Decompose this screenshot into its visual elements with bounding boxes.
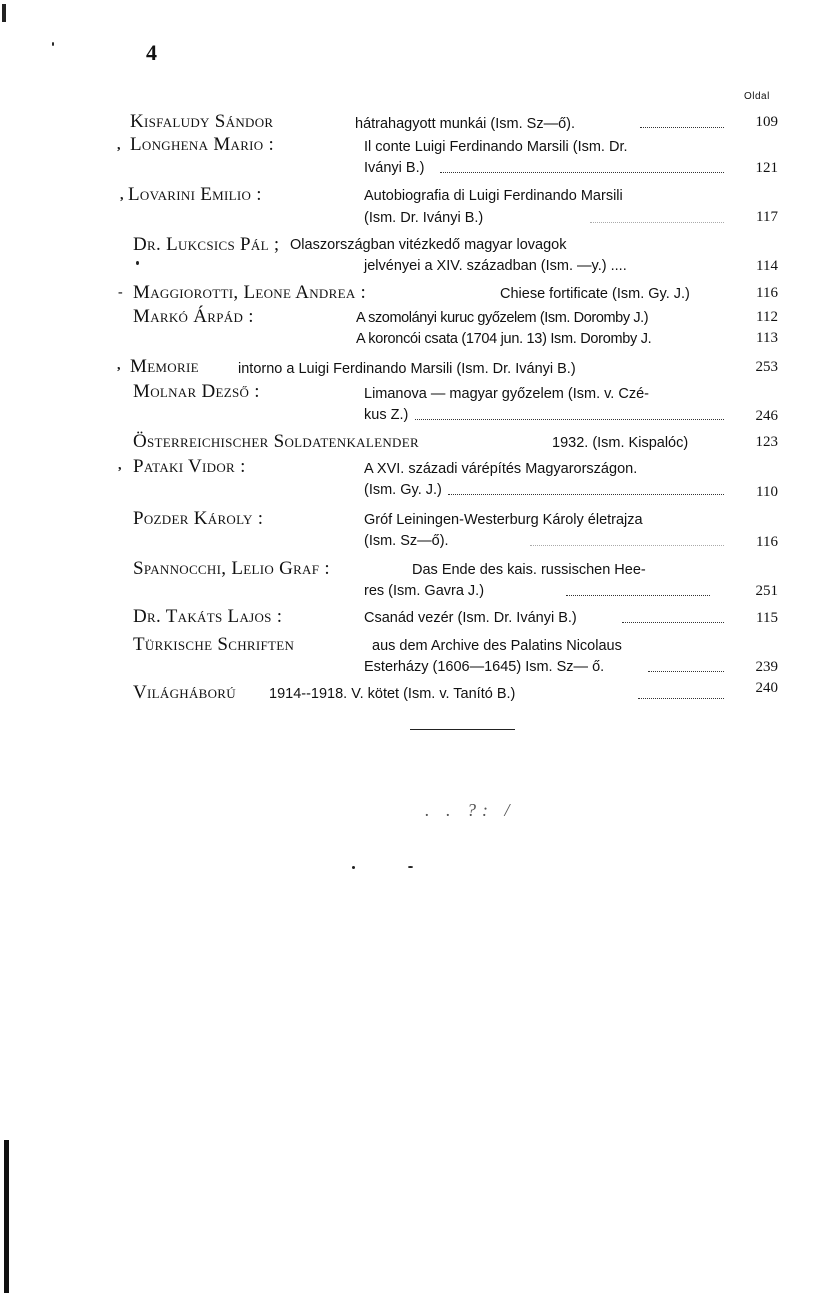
entry-author: Longhena Mario : [130,134,274,156]
entry-title-cont: (Ism. Sz—ő). [364,533,449,549]
entry-page: 251 [748,583,778,600]
entry-page: 116 [748,534,778,551]
entry-page: 113 [748,330,778,347]
entry-title-cont: (Ism. Dr. Iványi B.) [364,210,483,226]
leader-dots [415,418,724,420]
entry-page: 115 [748,610,778,627]
leader-dots [448,493,724,495]
faint-stamp: . . ?: / [425,800,516,821]
entry-author: Molnar Dezső : [133,381,260,403]
entry-title: Olaszországban vitézkedő magyar lovagok [290,237,566,253]
entry-page: 117 [748,209,778,226]
end-rule [410,729,515,730]
entry-page: 112 [748,309,778,326]
entry-page: 109 [748,114,778,131]
entry-author: Kisfaludy Sándor [130,111,273,133]
leader-dots [440,171,724,173]
entry-title: Autobiografia di Luigi Ferdinando Marsil… [364,188,623,204]
leader-dots [640,126,724,128]
entry-author: Österreichischer Soldatenkalender [133,431,419,453]
entry-title: 1932. (Ism. Kispalóc) [552,435,688,451]
entry-page: 239 [748,659,778,676]
entry-author: Maggiorotti, Leone Andrea : [133,282,366,304]
entry-author: Memorie [130,356,199,378]
entry-title: A szomolányi kuruc győzelem (Ism. Doromb… [356,310,648,326]
entry-title: A XVI. századi várépítés Magyarországon. [364,461,637,477]
scan-edge-shadow [4,1140,9,1293]
entry-author: Pozder Károly : [133,508,263,530]
leader-dots [590,221,724,223]
entry-author: Pataki Vidor : [133,456,246,478]
entry-title-cont: (Ism. Gy. J.) [364,482,442,498]
entry-page: 110 [748,484,778,501]
margin-mark: , [118,458,122,474]
leader-dots [622,621,724,623]
column-header-page: Oldal [744,91,770,102]
entry-author: Spannocchi, Lelio Graf : [133,558,330,580]
entry-title: aus dem Archive des Palatins Nicolaus [372,638,622,654]
entry-title-cont: res (Ism. Gavra J.) [364,583,484,599]
margin-mark: , [117,138,121,154]
entry-title: 1914--1918. V. kötet (Ism. v. Tanító B.) [269,686,515,702]
entry-page: 240 [748,680,778,697]
leader-dots [648,670,724,672]
margin-mark: - [118,285,123,301]
entry-title: hátrahagyott munkái (Ism. Sz—ő). [355,116,575,132]
leader-dots [638,697,724,699]
entry-title: intorno a Luigi Ferdinando Marsili (Ism.… [238,361,576,377]
entry-page: 253 [748,359,778,376]
scan-speck [136,261,139,265]
entry-title: Csanád vezér (Ism. Dr. Iványi B.) [364,610,577,626]
entry-title-cont: jelvényei a XIV. században (Ism. —y.) ..… [364,258,627,274]
entry-title-cont: kus Z.) [364,407,408,423]
page-number: 4 [146,40,157,66]
entry-title: Chiese fortificate (Ism. Gy. J.) [500,286,690,302]
entry-title-cont: Esterházy (1606—1645) Ism. Sz— ő. [364,659,604,675]
entry-page: 123 [748,434,778,451]
entry-author: Türkische Schriften [133,634,294,656]
entry-title: Das Ende des kais. russischen Hee- [412,562,646,578]
scan-speck [352,866,355,869]
entry-title: Limanova — magyar győzelem (Ism. v. Czé- [364,386,649,402]
entry-page: 246 [748,408,778,425]
entry-author: Világháború [133,682,236,704]
leader-dots [566,594,710,596]
entry-title: A koroncói csata (1704 jun. 13) Ism. Dor… [356,331,651,347]
entry-title: Gróf Leiningen-Westerburg Károly életraj… [364,512,643,528]
leader-dots [530,544,724,546]
scan-artifact [2,4,6,22]
entry-title: Il conte Luigi Ferdinando Marsili (Ism. … [364,139,628,155]
entry-page: 114 [748,258,778,275]
entry-page: 121 [748,160,778,177]
entry-title-cont: Iványi B.) [364,160,424,176]
entry-page: 116 [748,285,778,302]
scan-speck [52,42,54,46]
entry-author: Lovarini Emilio : [128,184,262,206]
margin-mark: , [120,188,124,204]
scan-speck [408,866,413,868]
entry-author: Dr. Takáts Lajos : [133,606,282,628]
entry-author: Markó Árpád : [133,306,254,328]
margin-mark: , [117,358,121,374]
entry-author: Dr. Lukcsics Pál ; [133,234,279,256]
